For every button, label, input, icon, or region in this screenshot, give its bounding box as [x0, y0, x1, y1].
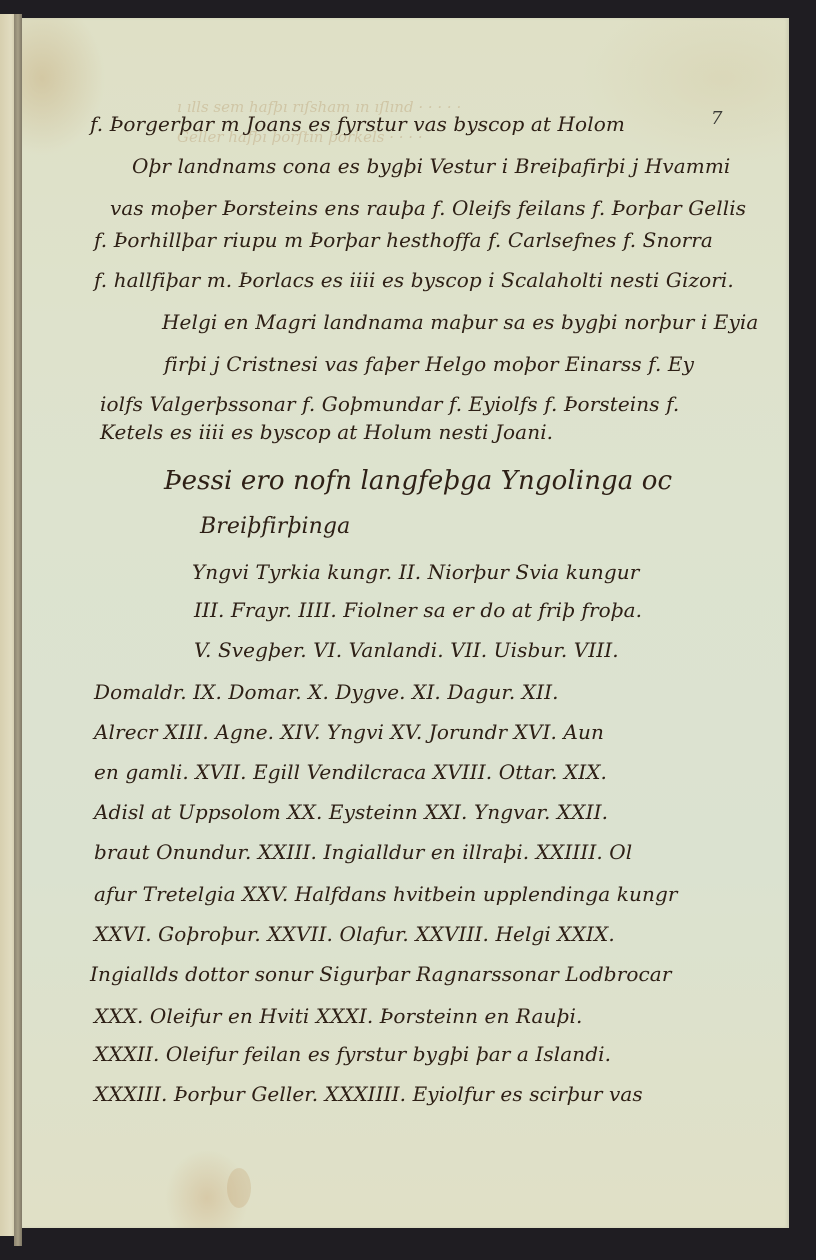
text-line: iolfs Valgerþssonar f. Goþmundar f. Eyio…: [100, 392, 679, 416]
paper-stain: [227, 1168, 251, 1208]
text-line: firþi j Cristnesi vas faþer Helgo moþor …: [164, 352, 694, 376]
genealogy-line: afur Tretelgia XXV. Halfdans hvitbein up…: [94, 882, 678, 906]
genealogy-line: Domaldr. IX. Domar. X. Dygve. XI. Dagur.…: [94, 680, 559, 704]
text-line: Helgi en Magri landnama maþur sa es bygþ…: [162, 310, 758, 334]
genealogy-line: XXVI. Goþroþur. XXVII. Olafur. XXVIII. H…: [94, 922, 615, 946]
genealogy-line: V. Svegþer. VI. Vanlandi. VII. Uisbur. V…: [194, 638, 619, 662]
genealogy-line: XXXIII. Þorþur Geller. XXXIIII. Eyiolfur…: [94, 1082, 643, 1106]
genealogy-line: Yngvi Tyrkia kungr. II. Niorþur Svia kun…: [192, 560, 639, 584]
genealogy-line: Adisl at Uppsolom XX. Eysteinn XXI. Yngv…: [94, 800, 608, 824]
genealogy-line: Ingiallds dottor sonur Sigurþar Ragnarss…: [90, 962, 671, 986]
text-line: vas moþer Þorsteins ens rauþa f. Oleifs …: [110, 196, 746, 220]
text-line: Oþr landnams cona es bygþi Vestur i Brei…: [132, 154, 730, 178]
genealogy-line: XXXII. Oleifur feilan es fyrstur bygþi þ…: [94, 1042, 611, 1066]
manuscript-leaf: ı ılls sem hafþı rıſsham ın ıſlınd · · ·…: [22, 18, 789, 1228]
text-line: f. hallfiþar m. Þorlacs es iiii es bysco…: [94, 268, 734, 292]
genealogy-line: III. Frayr. IIII. Fiolner sa er do at fr…: [194, 598, 642, 622]
binding-gutter: [14, 14, 22, 1246]
genealogy-line: XXX. Oleifur en Hviti XXXI. Þorsteinn en…: [94, 1004, 582, 1028]
folio-number: 7: [711, 108, 722, 129]
genealogy-line: braut Onundur. XXIII. Ingialldur en illr…: [94, 840, 632, 864]
section-heading: Þessi ero nofn langfeþga Yngolinga oc: [164, 466, 672, 496]
genealogy-line: en gamli. XVII. Egill Vendilcraca XVIII.…: [94, 760, 607, 784]
genealogy-line: Alrecr XIII. Agne. XIV. Yngvi XV. Jorund…: [94, 720, 604, 744]
text-line: f. Þorhillþar riupu m Þorþar hesthoffa f…: [94, 228, 713, 252]
text-line: Ketels es iiii es byscop at Holum nesti …: [100, 420, 553, 444]
section-heading-continued: Breiþfirþinga: [200, 514, 350, 539]
text-line: f. Þorgerþar m Joans es fyrstur vas bysc…: [90, 112, 625, 136]
